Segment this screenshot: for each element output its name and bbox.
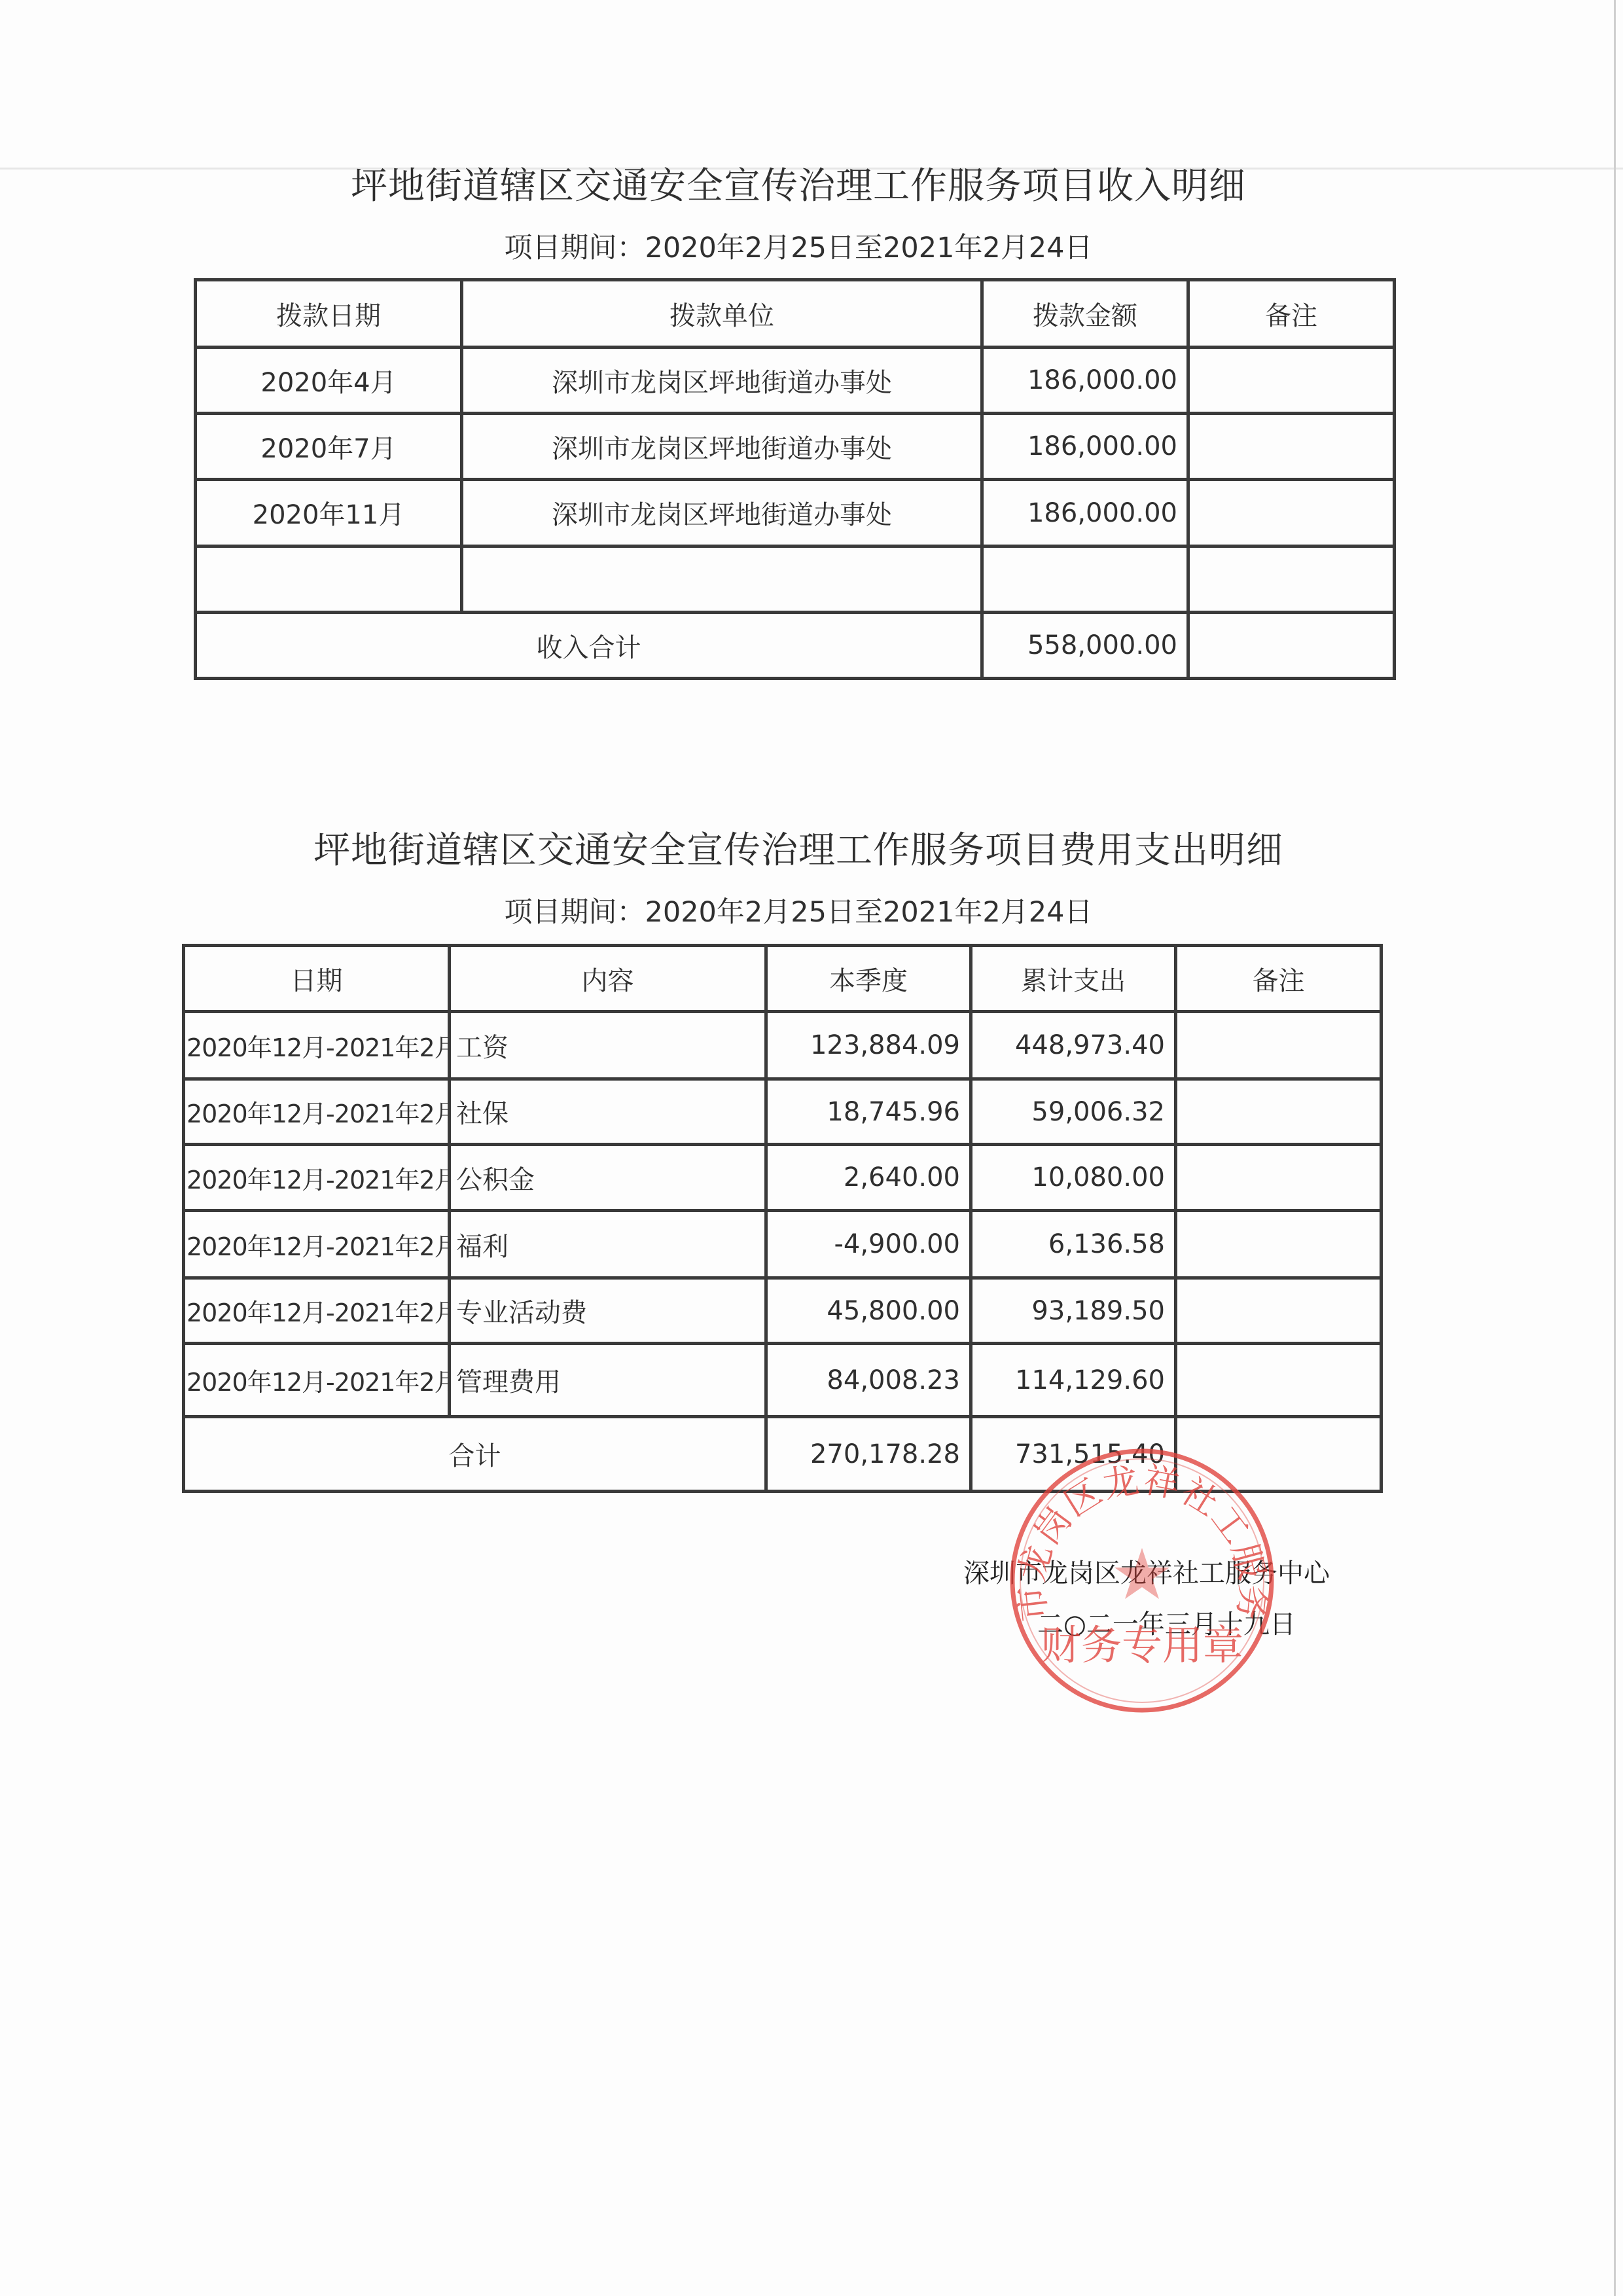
income-row-unit <box>462 547 982 613</box>
expense-row: 2020年12月-2021年2月 公积金 2,640.00 10,080.00 <box>184 1145 1382 1211</box>
expense-header-row: 日期 内容 本季度 累计支出 备注 <box>184 946 1382 1012</box>
expense-row: 2020年12月-2021年2月 专业活动费 45,800.00 93,189.… <box>184 1278 1382 1344</box>
income-row-date <box>196 547 462 613</box>
expense-row-content: 社保 <box>450 1079 766 1145</box>
signature-date: 二○二一年三月十九日 <box>1037 1604 1296 1641</box>
income-row-note <box>1188 480 1395 547</box>
expense-row: 2020年12月-2021年2月 社保 18,745.96 59,006.32 <box>184 1079 1382 1145</box>
expense-total-note <box>1176 1417 1382 1492</box>
income-row-note <box>1188 547 1395 613</box>
expense-row-note <box>1176 1278 1382 1344</box>
income-row-date: 2020年11月 <box>196 480 462 547</box>
expense-row-cumulative: 6,136.58 <box>971 1211 1176 1278</box>
income-total-note <box>1188 613 1395 679</box>
expense-row-quarter: 45,800.00 <box>766 1278 971 1344</box>
expense-row-quarter: 2,640.00 <box>766 1145 971 1211</box>
income-row-unit: 深圳市龙岗区坪地街道办事处 <box>462 480 982 547</box>
expense-row: 2020年12月-2021年2月 福利 -4,900.00 6,136.58 <box>184 1211 1382 1278</box>
income-row: 2020年4月 深圳市龙岗区坪地街道办事处 186,000.00 <box>196 348 1395 414</box>
expense-total-label: 合计 <box>184 1417 766 1492</box>
income-row: 2020年11月 深圳市龙岗区坪地街道办事处 186,000.00 <box>196 480 1395 547</box>
income-header-date: 拨款日期 <box>196 280 462 348</box>
income-header-note: 备注 <box>1188 280 1395 348</box>
expense-total-cumulative: 731,515.40 <box>971 1417 1176 1492</box>
expense-row-date: 2020年12月-2021年2月 <box>184 1079 450 1145</box>
income-period: 项目期间：2020年2月25日至2021年2月24日 <box>0 226 1597 266</box>
income-row-amount: 186,000.00 <box>982 414 1188 480</box>
expense-title: 坪地街道辖区交通安全宣传治理工作服务项目费用支出明细 <box>0 821 1597 874</box>
expense-header-note: 备注 <box>1176 946 1382 1012</box>
expense-row-content: 福利 <box>450 1211 766 1278</box>
expense-table: 日期 内容 本季度 累计支出 备注 2020年12月-2021年2月 工资 12… <box>182 944 1383 1493</box>
income-header-amount: 拨款金额 <box>982 280 1188 348</box>
income-table: 拨款日期 拨款单位 拨款金额 备注 2020年4月 深圳市龙岗区坪地街道办事处 … <box>194 278 1396 680</box>
income-row-amount: 186,000.00 <box>982 348 1188 414</box>
expense-row-content: 管理费用 <box>450 1344 766 1417</box>
expense-row-note <box>1176 1344 1382 1417</box>
expense-row-cumulative: 10,080.00 <box>971 1145 1176 1211</box>
expense-row-date: 2020年12月-2021年2月 <box>184 1211 450 1278</box>
income-row-note <box>1188 348 1395 414</box>
income-row-unit: 深圳市龙岗区坪地街道办事处 <box>462 414 982 480</box>
income-header-row: 拨款日期 拨款单位 拨款金额 备注 <box>196 280 1395 348</box>
expense-total-quarter: 270,178.28 <box>766 1417 971 1492</box>
expense-row-cumulative: 114,129.60 <box>971 1344 1176 1417</box>
expense-row: 2020年12月-2021年2月 管理费用 84,008.23 114,129.… <box>184 1344 1382 1417</box>
expense-row-note <box>1176 1145 1382 1211</box>
expense-row-cumulative: 93,189.50 <box>971 1278 1176 1344</box>
expense-header-date: 日期 <box>184 946 450 1012</box>
expense-total-row: 合计 270,178.28 731,515.40 <box>184 1417 1382 1492</box>
expense-row: 2020年12月-2021年2月 工资 123,884.09 448,973.4… <box>184 1012 1382 1079</box>
expense-row-date: 2020年12月-2021年2月 <box>184 1278 450 1344</box>
expense-row-quarter: -4,900.00 <box>766 1211 971 1278</box>
signature-organization: 深圳市龙岗区龙祥社工服务中心 <box>963 1552 1330 1590</box>
expense-row-note <box>1176 1211 1382 1278</box>
expense-header-cumulative: 累计支出 <box>971 946 1176 1012</box>
income-row-amount <box>982 547 1188 613</box>
income-row-date: 2020年7月 <box>196 414 462 480</box>
income-row-unit: 深圳市龙岗区坪地街道办事处 <box>462 348 982 414</box>
income-row-date: 2020年4月 <box>196 348 462 414</box>
expense-row-cumulative: 448,973.40 <box>971 1012 1176 1079</box>
income-total-amount: 558,000.00 <box>982 613 1188 679</box>
income-total-label: 收入合计 <box>196 613 982 679</box>
income-row: 2020年7月 深圳市龙岗区坪地街道办事处 186,000.00 <box>196 414 1395 480</box>
income-row-amount: 186,000.00 <box>982 480 1188 547</box>
expense-row-quarter: 123,884.09 <box>766 1012 971 1079</box>
income-total-row: 收入合计 558,000.00 <box>196 613 1395 679</box>
expense-row-content: 公积金 <box>450 1145 766 1211</box>
income-header-unit: 拨款单位 <box>462 280 982 348</box>
income-title: 坪地街道辖区交通安全宣传治理工作服务项目收入明细 <box>0 157 1597 209</box>
expense-row-quarter: 18,745.96 <box>766 1079 971 1145</box>
expense-row-quarter: 84,008.23 <box>766 1344 971 1417</box>
income-row-note <box>1188 414 1395 480</box>
expense-row-date: 2020年12月-2021年2月 <box>184 1344 450 1417</box>
scan-edge-line-right <box>1614 0 1616 2296</box>
expense-header-quarter: 本季度 <box>766 946 971 1012</box>
expense-period: 项目期间：2020年2月25日至2021年2月24日 <box>0 890 1597 930</box>
expense-row-note <box>1176 1079 1382 1145</box>
expense-header-content: 内容 <box>450 946 766 1012</box>
expense-row-note <box>1176 1012 1382 1079</box>
expense-row-cumulative: 59,006.32 <box>971 1079 1176 1145</box>
expense-row-date: 2020年12月-2021年2月 <box>184 1012 450 1079</box>
expense-row-content: 工资 <box>450 1012 766 1079</box>
income-row-empty <box>196 547 1395 613</box>
expense-row-date: 2020年12月-2021年2月 <box>184 1145 450 1211</box>
expense-row-content: 专业活动费 <box>450 1278 766 1344</box>
